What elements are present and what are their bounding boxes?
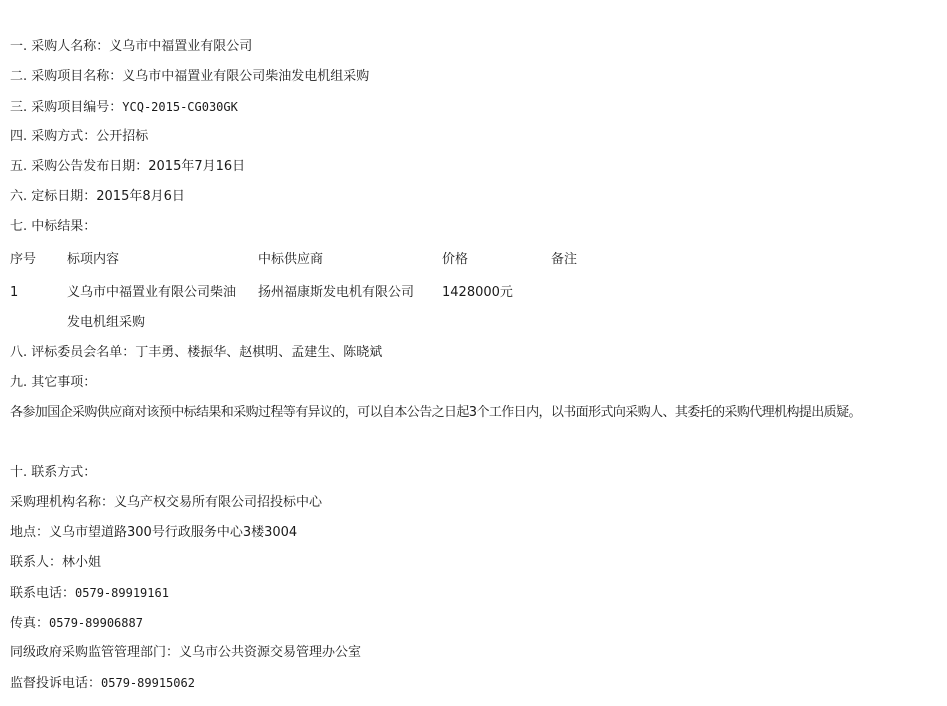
other-matters-heading: 九. 其它事项： (10, 374, 96, 392)
procurement-method-label: 四. 采购方式： (10, 129, 96, 144)
row-content-line2: 发电机组采购 (67, 314, 145, 332)
publish-date-value: 2015年7月16日 (148, 159, 245, 174)
other-matters-text: 各参加国企采购供应商对该预中标结果和采购过程等有异议的，可以自本公告之日起3个工… (10, 398, 935, 428)
award-result-heading: 七. 中标结果： (10, 218, 96, 236)
award-date-label: 六. 定标日期： (10, 189, 96, 204)
supervisor-value: 义乌市公共资源交易管理办公室 (179, 645, 361, 660)
purchaser-name-value: 义乌市中福置业有限公司 (109, 39, 252, 54)
address-line: 地点：义乌市望道路300号行政服务中心3楼3004 (10, 524, 297, 542)
complaint-phone-line: 监督投诉电话：0579-89915062 (10, 674, 195, 692)
row-content-line1: 义乌市中福置业有限公司柴油 (67, 284, 236, 302)
header-content: 标项内容 (67, 251, 119, 269)
award-date-line: 六. 定标日期：2015年8月6日 (10, 188, 185, 206)
committee-label: 八. 评标委员会名单： (10, 345, 135, 360)
contact-heading: 十. 联系方式： (10, 464, 96, 482)
supervisor-label: 同级政府采购监管管理部门： (10, 645, 179, 660)
award-result-label: 七. 中标结果： (10, 219, 96, 234)
row-price: 1428000元 (442, 284, 513, 302)
address-value: 义乌市望道路300号行政服务中心3楼3004 (49, 525, 297, 540)
publish-date-line: 五. 采购公告发布日期：2015年7月16日 (10, 158, 245, 176)
row-index: 1 (10, 284, 18, 302)
phone-label: 联系电话： (10, 586, 75, 601)
project-name-value: 义乌市中福置业有限公司柴油发电机组采购 (122, 69, 369, 84)
row-supplier: 扬州福康斯发电机有限公司 (258, 284, 414, 302)
other-matters-label: 九. 其它事项： (10, 375, 96, 390)
contact-person-label: 联系人： (10, 555, 62, 570)
award-date-value: 2015年8月6日 (96, 189, 185, 204)
purchaser-name-line: 一. 采购人名称：义乌市中福置业有限公司 (10, 38, 252, 56)
procurement-method-line: 四. 采购方式：公开招标 (10, 128, 148, 146)
agency-line: 采购理机构名称：义乌产权交易所有限公司招投标中心 (10, 494, 322, 512)
agency-label: 采购理机构名称： (10, 495, 114, 510)
supervisor-line: 同级政府采购监管管理部门：义乌市公共资源交易管理办公室 (10, 644, 361, 662)
header-supplier: 中标供应商 (258, 251, 323, 269)
contact-person-value: 林小姐 (62, 555, 101, 570)
header-price: 价格 (442, 251, 468, 269)
address-label: 地点： (10, 525, 49, 540)
fax-value: 0579-89906887 (49, 616, 143, 630)
fax-label: 传真： (10, 616, 49, 631)
header-index: 序号 (10, 251, 36, 269)
committee-line: 八. 评标委员会名单：丁丰勇、楼振华、赵棋明、孟建生、陈晓斌 (10, 344, 382, 362)
procurement-method-value: 公开招标 (96, 129, 148, 144)
committee-value: 丁丰勇、楼振华、赵棋明、孟建生、陈晓斌 (135, 345, 382, 360)
project-name-label: 二. 采购项目名称： (10, 69, 122, 84)
purchaser-name-label: 一. 采购人名称： (10, 39, 109, 54)
project-number-line: 三. 采购项目编号：YCQ-2015-CG030GK (10, 98, 238, 116)
publish-date-label: 五. 采购公告发布日期： (10, 159, 148, 174)
phone-line: 联系电话：0579-89919161 (10, 584, 169, 602)
contact-label: 十. 联系方式： (10, 465, 96, 480)
project-number-value: YCQ-2015-CG030GK (122, 100, 238, 114)
phone-value: 0579-89919161 (75, 586, 169, 600)
contact-person-line: 联系人：林小姐 (10, 554, 101, 572)
fax-line: 传真：0579-89906887 (10, 614, 143, 632)
header-remark: 备注 (551, 251, 577, 269)
agency-value: 义乌产权交易所有限公司招投标中心 (114, 495, 322, 510)
complaint-phone-label: 监督投诉电话： (10, 676, 101, 691)
project-number-label: 三. 采购项目编号： (10, 100, 122, 115)
complaint-phone-value: 0579-89915062 (101, 676, 195, 690)
project-name-line: 二. 采购项目名称：义乌市中福置业有限公司柴油发电机组采购 (10, 68, 369, 86)
